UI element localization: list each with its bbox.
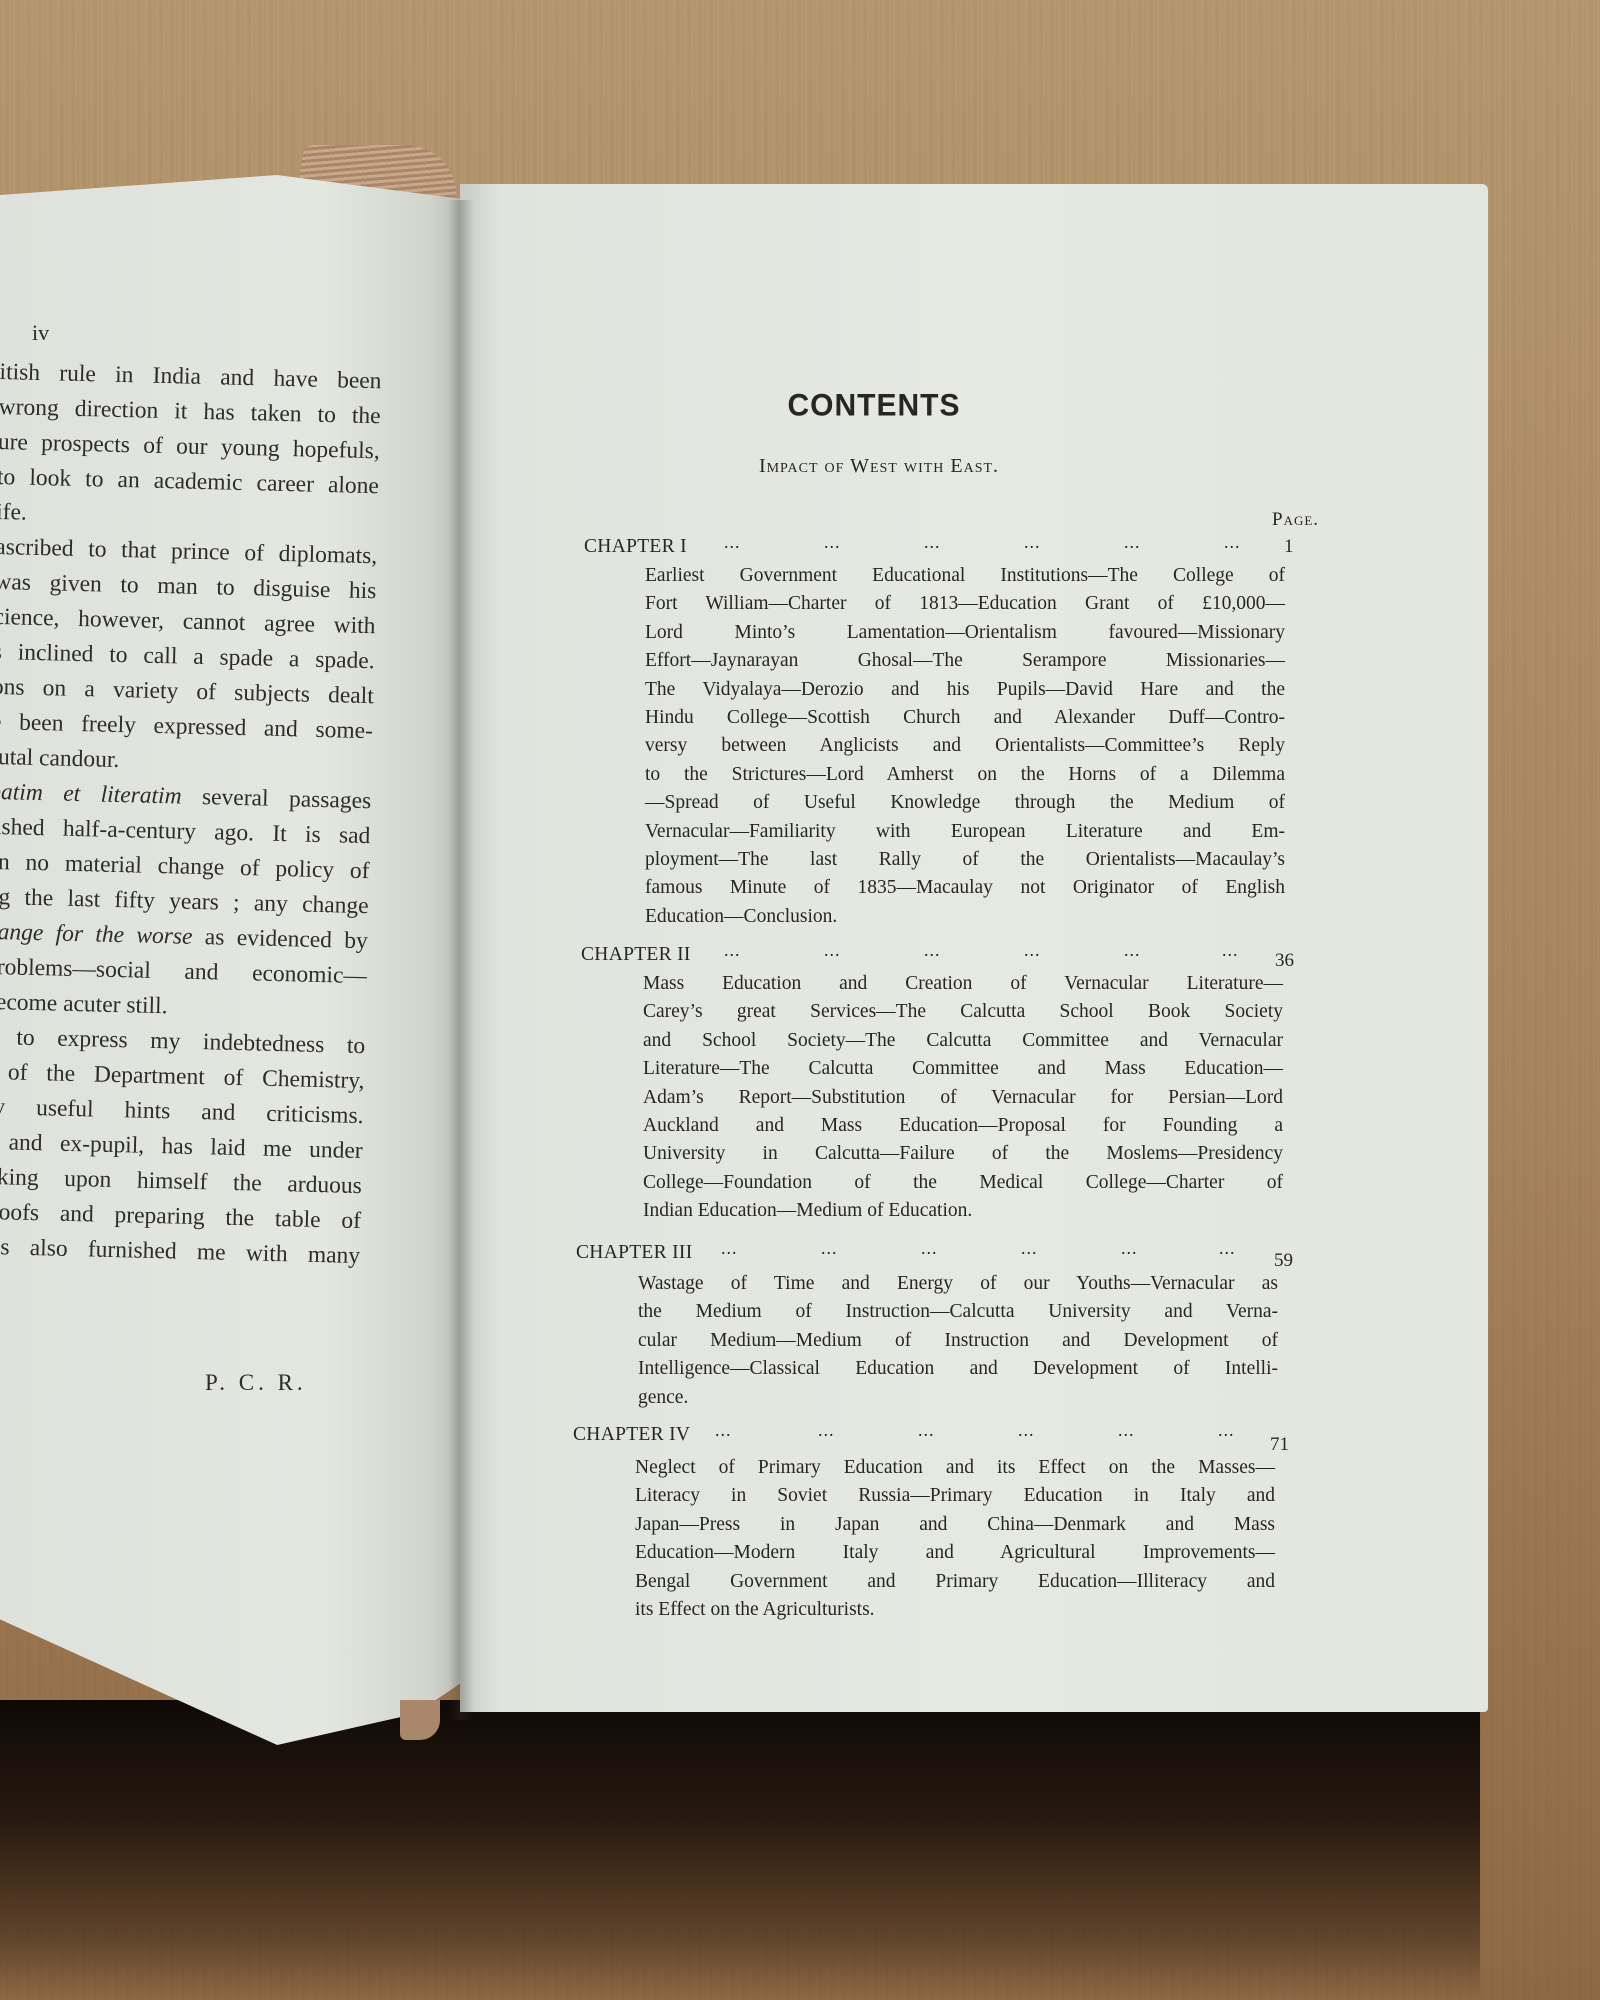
contents-heading: CONTENTS [460, 388, 1388, 424]
book-gutter-shadow [448, 200, 474, 1720]
leader-dots: ... [721, 1238, 738, 1259]
chapter-page-number: 59 [1274, 1250, 1293, 1272]
chapter-label: CHAPTER II [581, 944, 691, 966]
leader-dots: ... [1219, 1238, 1236, 1259]
leader-dots: ... [1222, 940, 1239, 961]
chapter-label: CHAPTER III [576, 1242, 693, 1264]
summary-line: Lord Minto’s Lamentation—Orientalism fav… [645, 619, 1285, 647]
author-initials-signature: P. C. R. [205, 1370, 307, 1396]
summary-line: Literacy in Soviet Russia—Primary Educat… [635, 1482, 1275, 1510]
book-spine-tailband [400, 1700, 440, 1740]
summary-line: Bengal Government and Primary Education—… [635, 1568, 1275, 1596]
summary-line: Mass Education and Creation of Vernacula… [643, 970, 1283, 998]
left-page: iv itish rule in India and have been wro… [0, 175, 462, 1745]
leader-dots: ... [1024, 532, 1041, 553]
leader-dots: ... [1218, 1420, 1235, 1441]
summary-line: Fort William—Charter of 1813—Education G… [645, 590, 1285, 618]
leader-dots: ... [818, 1420, 835, 1441]
page-column-label: Page. [1272, 509, 1319, 531]
leader-dots: ... [715, 1420, 732, 1441]
leader-dots: ... [724, 532, 741, 553]
toc-chapter-row: CHAPTER IV ... ... ... ... ... ... 71 [573, 1424, 1213, 1450]
contents-subheading: Impact of West with East. [460, 455, 1393, 478]
summary-line: its Effect on the Agriculturists. [635, 1596, 1275, 1624]
summary-line: Earliest Government Educational Institut… [645, 562, 1285, 590]
summary-line: famous Minute of 1835—Macaulay not Origi… [645, 874, 1285, 902]
toc-chapter-row: CHAPTER II ... ... ... ... ... ... 36 [581, 944, 1221, 970]
summary-line: gence. [638, 1384, 1278, 1412]
chapter-summary: Mass Education and Creation of Vernacula… [643, 970, 1283, 1226]
chapter-page-number: 71 [1270, 1434, 1289, 1456]
toc-chapter-row: CHAPTER III ... ... ... ... ... ... 59 [576, 1242, 1216, 1268]
summary-line: Hindu College—Scottish Church and Alexan… [645, 704, 1285, 732]
summary-line: Japan—Press in Japan and China—Denmark a… [635, 1511, 1275, 1539]
summary-line: Wastage of Time and Energy of our Youths… [638, 1270, 1278, 1298]
leader-dots: ... [1024, 940, 1041, 961]
leader-dots: ... [1124, 532, 1141, 553]
chapter-page-number: 36 [1275, 950, 1294, 972]
leader-dots: ... [1021, 1238, 1038, 1259]
leader-dots: ... [1121, 1238, 1138, 1259]
summary-line: ployment—The last Rally of the Orientali… [645, 846, 1285, 874]
page-number-roman: iv [32, 320, 49, 346]
summary-line: cular Medium—Medium of Instruction and D… [638, 1327, 1278, 1355]
photo-scene: iv itish rule in India and have been wro… [0, 0, 1600, 2000]
leader-dots: ... [921, 1238, 938, 1259]
leader-dots: ... [918, 1420, 935, 1441]
summary-line: Carey’s great Services—The Calcutta Scho… [643, 998, 1283, 1026]
book-shadow [0, 1700, 1480, 2000]
chapter-page-number: 1 [1284, 536, 1294, 558]
leader-dots: ... [924, 532, 941, 553]
summary-line: the Medium of Instruction—Calcutta Unive… [638, 1298, 1278, 1326]
leader-dots: ... [924, 940, 941, 961]
preface-text: itish rule in India and have been wrong … [0, 355, 382, 1274]
toc-chapter-row: CHAPTER I ... ... ... ... ... ... 1 [584, 536, 1224, 562]
chapter-summary: Wastage of Time and Energy of our Youths… [638, 1270, 1278, 1412]
leader-dots: ... [824, 940, 841, 961]
leader-dots: ... [724, 940, 741, 961]
chapter-summary: Neglect of Primary Education and its Eff… [635, 1454, 1275, 1624]
summary-line: Intelligence—Classical Education and Dev… [638, 1355, 1278, 1383]
summary-line: Indian Education—Medium of Education. [643, 1197, 1283, 1225]
right-page: CONTENTS Impact of West with East. Page.… [460, 184, 1488, 1712]
italic-phrase: hange for the worse [0, 919, 193, 950]
chapter-label: CHAPTER IV [573, 1424, 690, 1446]
summary-line: Education—Modern Italy and Agricultural … [635, 1539, 1275, 1567]
summary-line: The Vidyalaya—Derozio and his Pupils—Dav… [645, 676, 1285, 704]
summary-line: Education—Conclusion. [645, 903, 1285, 931]
chapter-label: CHAPTER I [584, 536, 687, 558]
chapter-summary: Earliest Government Educational Institut… [645, 562, 1285, 931]
summary-line: Auckland and Mass Education—Proposal for… [643, 1112, 1283, 1140]
leader-dots: ... [821, 1238, 838, 1259]
summary-line: Effort—Jaynarayan Ghosal—The Serampore M… [645, 647, 1285, 675]
italic-phrase: batim et literatim [0, 779, 182, 810]
leader-dots: ... [1124, 940, 1141, 961]
summary-line: Neglect of Primary Education and its Eff… [635, 1454, 1275, 1482]
summary-line: versy between Anglicists and Orientalist… [645, 732, 1285, 760]
summary-line: Literature—The Calcutta Committee and Ma… [643, 1055, 1283, 1083]
leader-dots: ... [1224, 532, 1241, 553]
leader-dots: ... [824, 532, 841, 553]
summary-line: University in Calcutta—Failure of the Mo… [643, 1140, 1283, 1168]
contents-page: CONTENTS Impact of West with East. Page.… [460, 184, 1488, 1712]
leader-dots: ... [1118, 1420, 1135, 1441]
leader-dots: ... [1018, 1420, 1035, 1441]
summary-line: —Spread of Useful Knowledge through the … [645, 789, 1285, 817]
summary-line: and School Society—The Calcutta Committe… [643, 1027, 1283, 1055]
summary-line: to the Strictures—Lord Amherst on the Ho… [645, 761, 1285, 789]
summary-line: College—Foundation of the Medical Colleg… [643, 1169, 1283, 1197]
summary-line: Adam’s Report—Substitution of Vernacular… [643, 1084, 1283, 1112]
summary-line: Vernacular—Familiarity with European Lit… [645, 818, 1285, 846]
